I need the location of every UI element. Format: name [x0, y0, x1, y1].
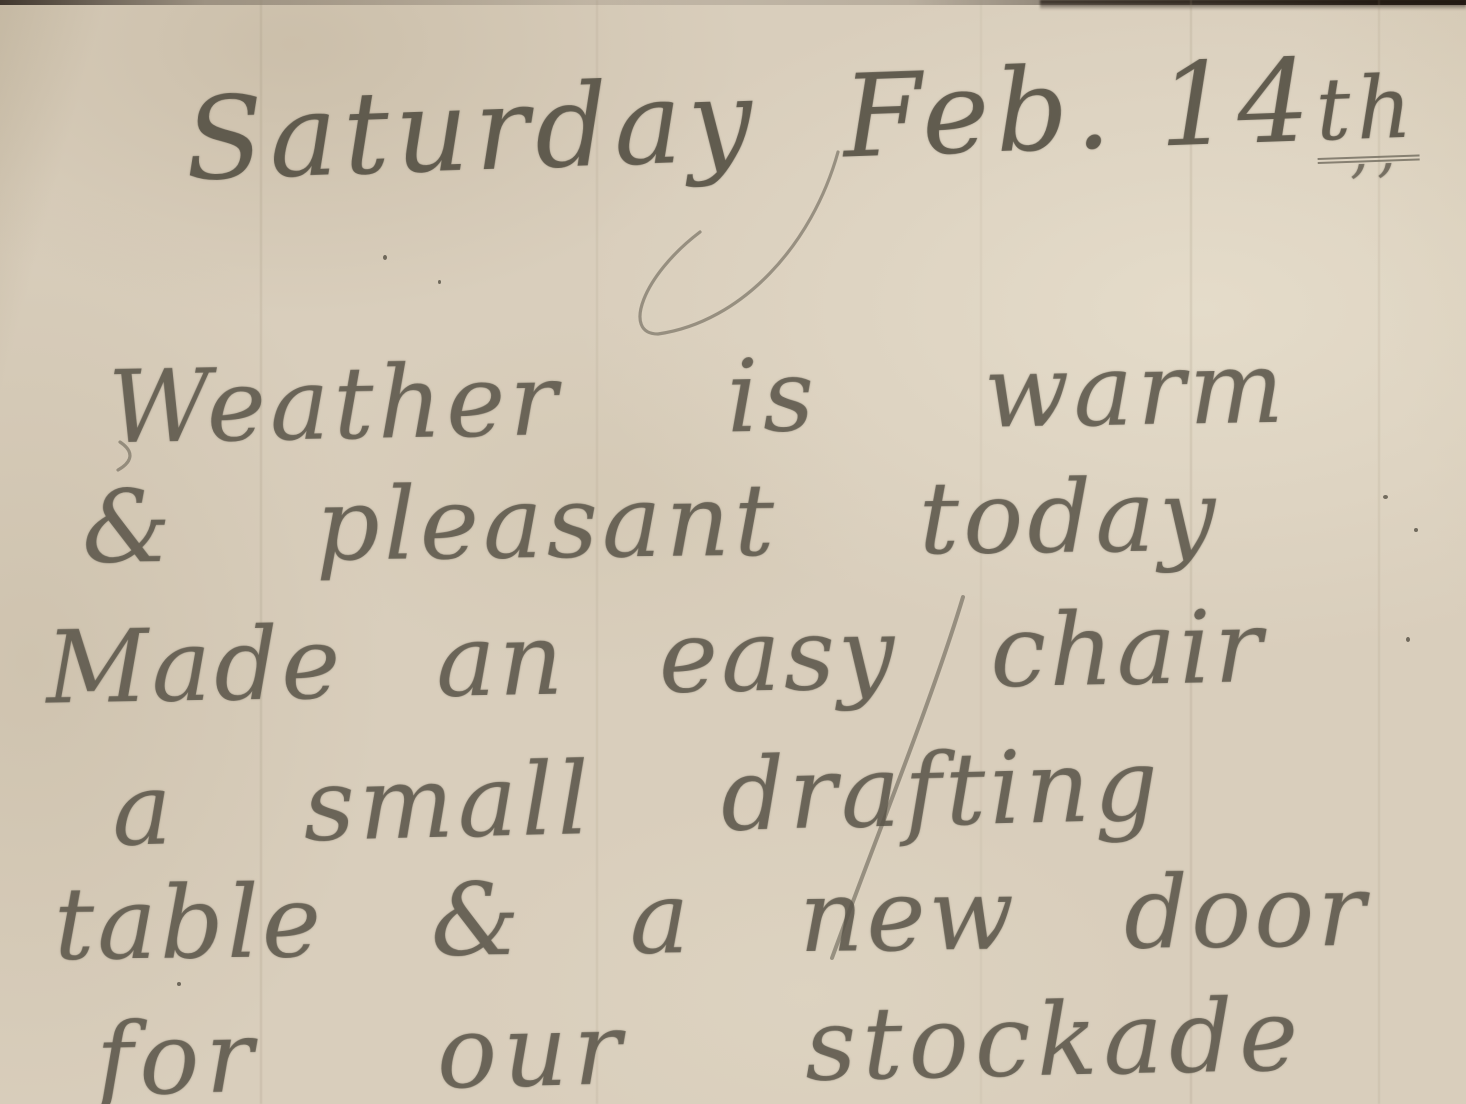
- ink-speck: [1383, 495, 1388, 499]
- diary-page: SaturdayFeb. 14th,, Weather is warm & pl…: [0, 0, 1466, 1104]
- ink-speck: [438, 280, 441, 284]
- scan-edge-shadow-top-right: [1040, 0, 1466, 10]
- date-heading: SaturdayFeb. 14th,,: [183, 41, 1419, 204]
- diary-line-2: & pleasant today: [82, 466, 1220, 578]
- diary-line-4: a small drafting: [111, 735, 1163, 861]
- ink-speck: [383, 255, 387, 260]
- diary-line-3: Made an easy chair: [45, 597, 1266, 718]
- heading-date: Feb. 14: [841, 34, 1318, 183]
- heading-day: Saturday: [183, 54, 760, 207]
- diary-line-1: Weather is warm: [107, 338, 1288, 459]
- heading-ditto-marks: ,,: [1348, 119, 1404, 181]
- ink-speck: [177, 982, 181, 986]
- diary-line-5: table & a new door: [54, 861, 1369, 975]
- ink-speck: [1414, 528, 1418, 532]
- ink-speck: [1406, 637, 1410, 642]
- diary-line-6: for our stockade: [95, 985, 1305, 1104]
